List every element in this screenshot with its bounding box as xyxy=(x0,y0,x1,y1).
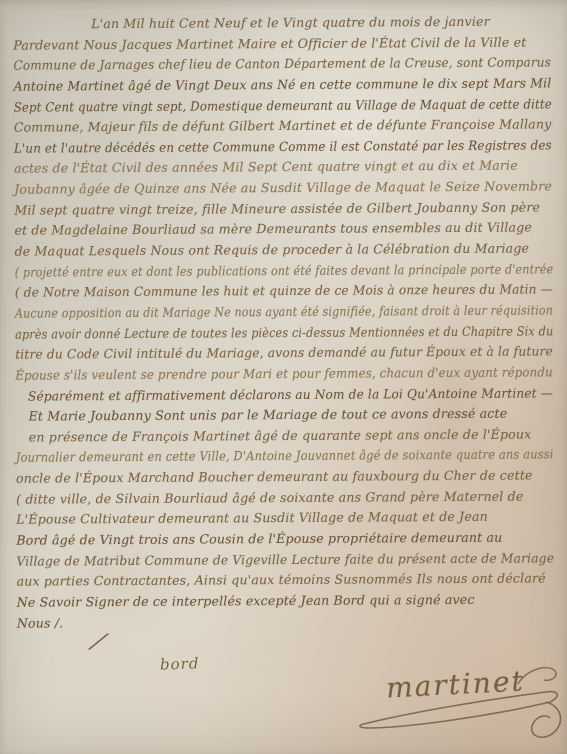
signature-martinet: martinet xyxy=(385,664,525,704)
manuscript-line: ( projetté entre eux et dont les publica… xyxy=(15,259,493,283)
manuscript-line: Aucune opposition au dit Mariage Ne nous… xyxy=(15,301,490,325)
manuscript-line: Ne Savoir Signer de ce interpellés excep… xyxy=(17,589,555,613)
manuscript-text-block: L'an Mil huit Cent Neuf et le Vingt quat… xyxy=(13,11,555,633)
manuscript-page: L'an Mil huit Cent Neuf et le Vingt quat… xyxy=(0,0,567,754)
manuscript-line: après avoir donné Lecture de toutes les … xyxy=(15,321,497,345)
signature-bord: bord xyxy=(160,654,200,673)
